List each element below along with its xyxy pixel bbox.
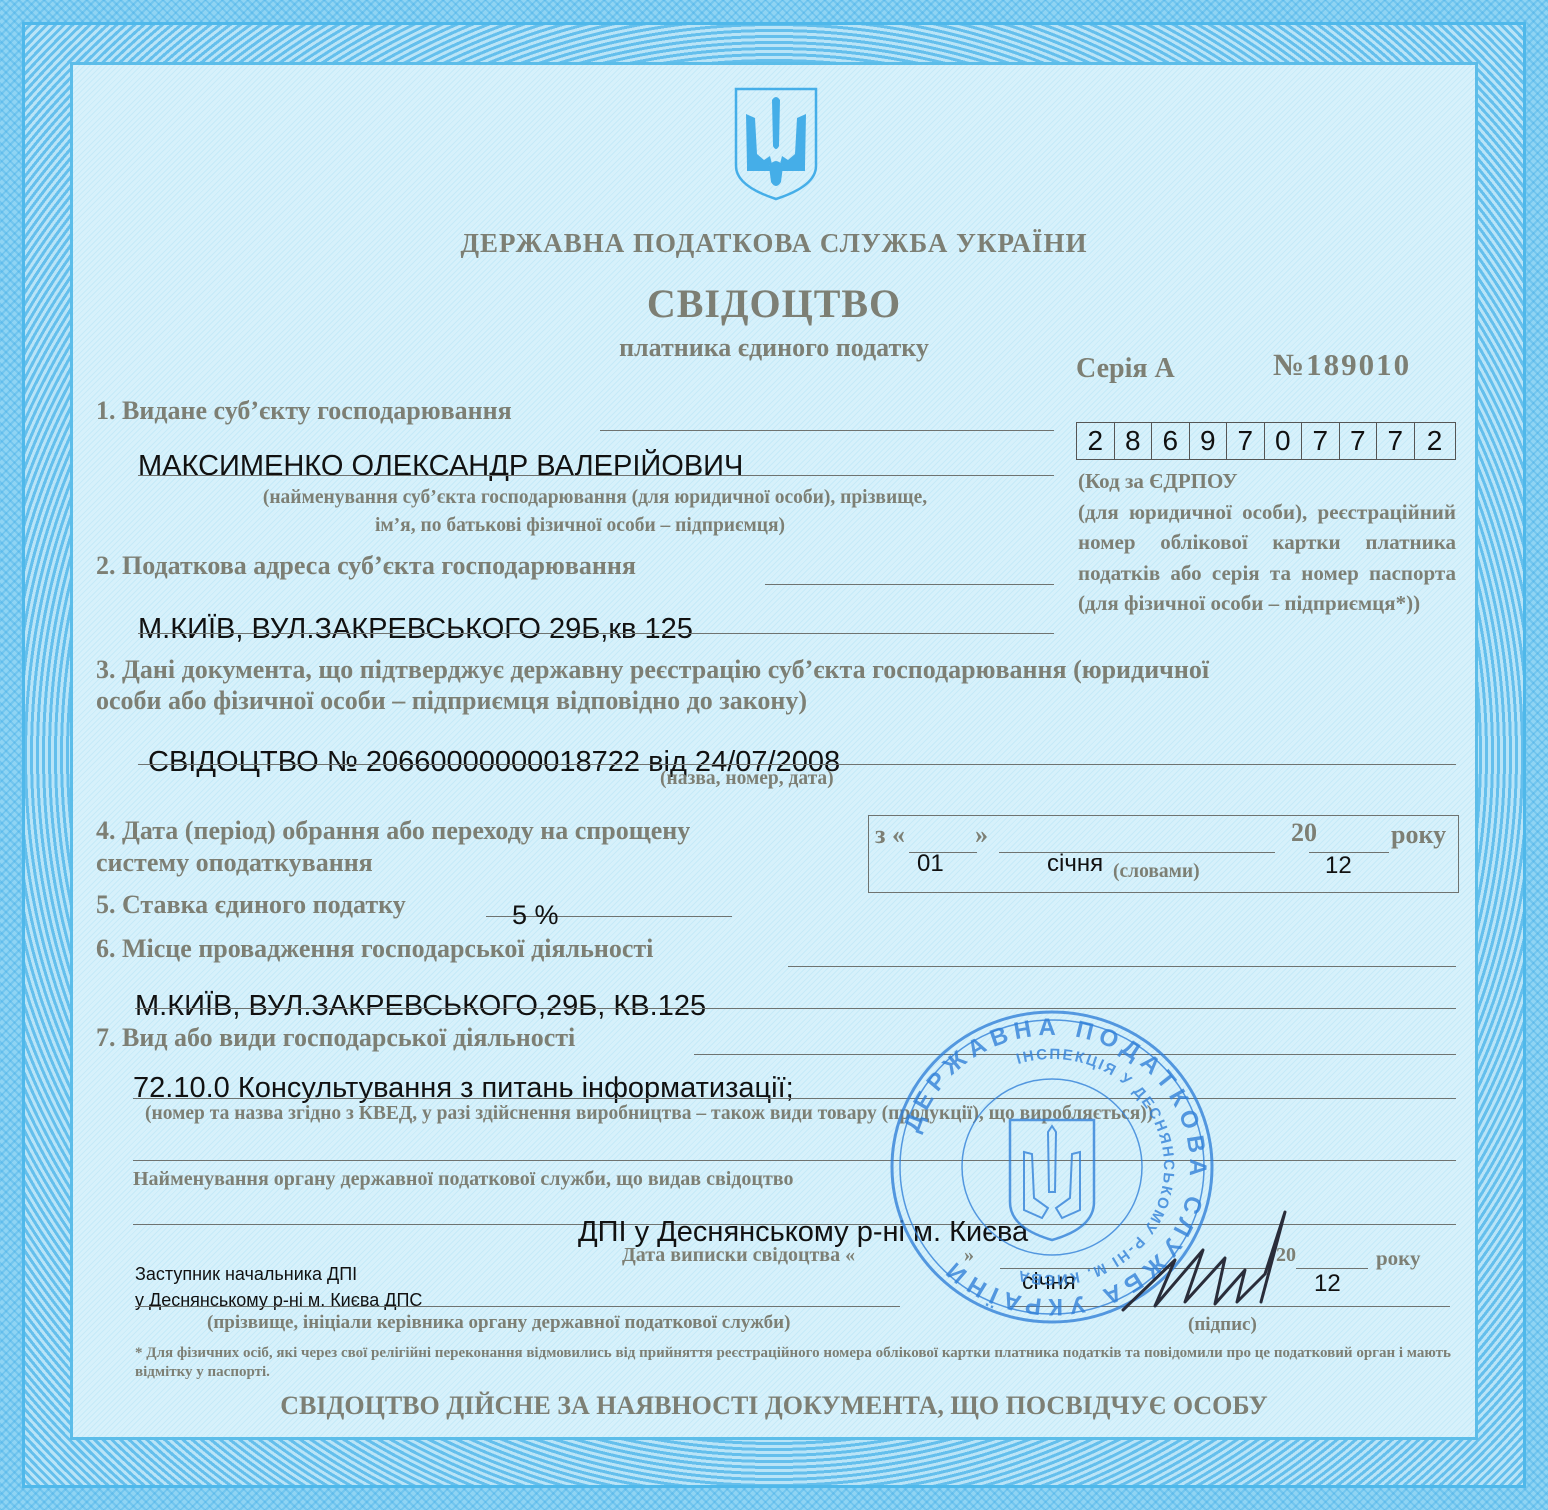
code-digit: 6	[1152, 423, 1190, 459]
field-3-label-2: особи або фізичної особи – підприємця ві…	[96, 686, 807, 716]
date-month: січня	[1047, 850, 1103, 878]
issuer-label: Найменування органу державної податкової…	[133, 1168, 793, 1191]
date-century: 20	[1291, 818, 1317, 848]
code-digit: 7	[1377, 423, 1415, 459]
field-6-line	[788, 966, 1456, 967]
field-7-value: 72.10.0 Консультування з питань інформат…	[133, 1072, 794, 1105]
document-title: СВІДОЦТВО	[0, 280, 1548, 327]
official-title-1: Заступник начальника ДПІ	[135, 1264, 357, 1285]
month-line	[999, 852, 1275, 853]
code-digit: 7	[1302, 423, 1340, 459]
official-title-2: у Деснянському р-ні м. Києва ДПС	[135, 1290, 422, 1311]
field-1-hint-2: ім’я, по батькові фізичної особи – підпр…	[150, 515, 1010, 537]
field-6-value-line	[135, 1008, 1456, 1009]
field-4-label-2: систему оподаткування	[96, 848, 373, 878]
tax-rate-value: 5 %	[512, 900, 559, 931]
code-note: (Код за ЄДРПОУ (для юридичної особи), ре…	[1078, 466, 1456, 619]
code-digit: 2	[1415, 423, 1455, 459]
footnote: * Для фізичних осіб, які через свої релі…	[135, 1344, 1455, 1382]
field-1-hint-1: (найменування суб’єкта господарювання (д…	[150, 487, 1040, 509]
date-from: з «	[875, 820, 905, 850]
issue-date-label: Дата виписки свідоцтва «	[622, 1244, 855, 1267]
date-day: 01	[917, 850, 944, 878]
field-2-value-line	[138, 633, 1054, 634]
issue-year-line	[1296, 1268, 1368, 1269]
field-1-value-line	[138, 475, 1054, 476]
code-note-line1: (Код за ЄДРПОУ	[1078, 469, 1238, 493]
issuing-service: ДЕРЖАВНА ПОДАТКОВА СЛУЖБА УКРАЇНИ	[0, 228, 1548, 259]
certificate: ДЕРЖАВНА ПОДАТКОВА СЛУЖБА УКРАЇНИ СВІДОЦ…	[0, 0, 1548, 1510]
code-digit: 0	[1265, 423, 1303, 459]
official-hint: (прізвище, ініціали керівника органу дер…	[207, 1312, 790, 1334]
code-digit: 2	[1077, 423, 1115, 459]
field-6-label: 6. Місце провадження господарської діяль…	[96, 934, 653, 964]
date-year-word: року	[1391, 820, 1446, 850]
taxpayer-code-boxes: 2 8 6 9 7 0 7 7 7 2	[1076, 422, 1456, 460]
field-7-label: 7. Вид або види господарської діяльності	[96, 1023, 575, 1053]
date-year: 12	[1325, 852, 1352, 880]
field-4-label-1: 4. Дата (період) обрання або переходу на…	[96, 816, 690, 846]
code-digit: 9	[1190, 423, 1228, 459]
field-5-label: 5. Ставка єдиного податку	[96, 890, 406, 920]
code-digit: 8	[1115, 423, 1153, 459]
field-1-line	[600, 430, 1054, 431]
field-2-line	[765, 584, 1054, 585]
field-7-value-line	[133, 1098, 1456, 1099]
field-1-label: 1. Видане суб’єкту господарювання	[96, 396, 512, 426]
official-line	[135, 1306, 900, 1307]
field-1-value: МАКСИМЕНКО ОЛЕКСАНДР ВАЛЕРІЙОВИЧ	[138, 450, 743, 483]
certificate-number: №189010	[1273, 347, 1411, 383]
date-quote-close: »	[975, 820, 988, 850]
issue-year: 12	[1314, 1270, 1341, 1298]
date-month-hint: (словами)	[1113, 861, 1200, 883]
code-note-rest: (для юридичної особи), реєстраційний ном…	[1078, 500, 1456, 616]
field-2-value: М.КИЇВ, ВУЛ.ЗАКРЕВСЬКОГО 29Б,кв 125	[138, 613, 693, 646]
field-6-value: М.КИЇВ, ВУЛ.ЗАКРЕВСЬКОГО,29Б, КВ.125	[135, 990, 706, 1023]
field-3-label-1: 3. Дані документа, що підтверджує держав…	[96, 655, 1209, 685]
field-3-line	[138, 764, 1456, 765]
signature-icon	[1115, 1210, 1295, 1320]
trident-emblem-icon	[733, 86, 819, 202]
transition-date-box: з « » 01 січня (словами) 20 12 року	[868, 815, 1459, 893]
field-3-hint: (назва, номер, дата)	[660, 768, 834, 790]
code-digit: 7	[1227, 423, 1265, 459]
blank-line	[133, 1160, 1456, 1161]
code-digit: 7	[1340, 423, 1378, 459]
series-label: Серія А	[1076, 353, 1175, 385]
issue-year-word: року	[1376, 1246, 1420, 1271]
validity-notice: СВІДОЦТВО ДІЙСНЕ ЗА НАЯВНОСТІ ДОКУМЕНТА,…	[0, 1391, 1548, 1421]
field-2-label: 2. Податкова адреса суб’єкта господарюва…	[96, 551, 636, 581]
